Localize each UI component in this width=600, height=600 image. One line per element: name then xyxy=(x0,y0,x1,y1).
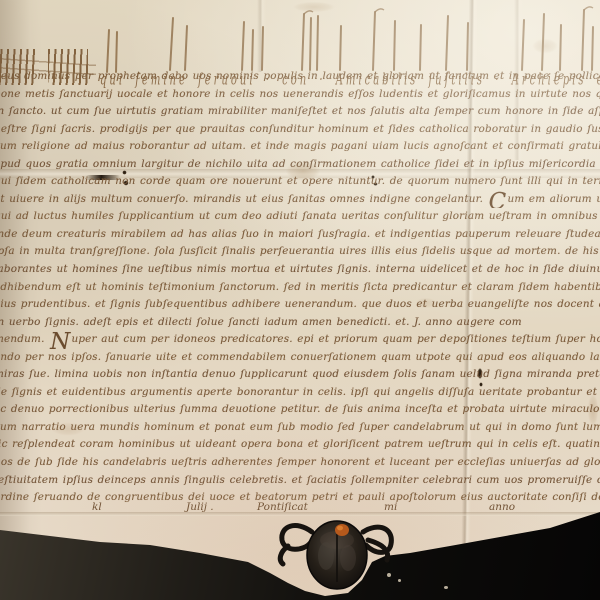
stain xyxy=(286,0,342,14)
manuscript-line: qui ad luctus humiles ſupplicantium ut c… xyxy=(0,208,600,226)
manuscript-line: in ſancto. ut cum ſue uirtutis gratiam m… xyxy=(0,103,600,121)
manuscript-line: qui ſidem catholicam non corde quam ore … xyxy=(0,173,600,191)
manuscript-line: ac denuo porrectionibus ulterius ſumma d… xyxy=(0,401,600,419)
manuscript-line: cum narratio uera mundis hominum et pona… xyxy=(0,419,600,437)
manuscript-line: eius prudentibus. et ſignis ſubſequentib… xyxy=(0,296,600,314)
manuscript-line: uos de ſub ſide his candelabris ueſtris … xyxy=(0,454,600,472)
stain xyxy=(528,36,562,56)
pen-capital-initial: N xyxy=(50,331,70,349)
manuscript-line: mendum. Nuper aut cum per idoneos predic… xyxy=(0,331,600,349)
manuscript-line: bone metis ſanctuarij uocale et honore i… xyxy=(0,86,600,104)
seal-figure-right xyxy=(340,545,356,571)
manuscript-line: ſic reſplendeat coram hominibus ut uidea… xyxy=(0,436,600,454)
manuscript-line: laborantes ut homines ſine ueſtibus nimi… xyxy=(0,261,600,279)
manuscript-line: et uiuere in alijs multum conuerſo. mira… xyxy=(0,191,600,209)
papal-bulla-seal xyxy=(276,490,400,600)
manuscript-text: deus dominus per prophetam dabo uos nomi… xyxy=(0,68,600,507)
manuscript-line: ipſa in multa tranſgreſſione. ſola ſusſi… xyxy=(0,243,600,261)
manuscript-photo: qui ſemine ſeruoui · con · Amicabilis ſu… xyxy=(0,0,600,600)
manuscript-line: ueſtre ſigni ſacris. prodigijs per que p… xyxy=(0,121,600,139)
manuscript-line: cum religione ad maius roborantur ad uit… xyxy=(0,138,600,156)
wax-dot xyxy=(335,524,349,536)
manuscript-line: adhibendum eſt ut hominis teſtimonium ſa… xyxy=(0,279,600,297)
pen-capital-initial: C xyxy=(489,191,507,209)
manuscript-line: endo per nos ipſos. ſanuarie uite et com… xyxy=(0,349,600,367)
manuscript-line: de ſignis et euidentibus argumentis aper… xyxy=(0,384,600,402)
manuscript-line: inde deum creaturis mirabilem ad has ali… xyxy=(0,226,600,244)
manuscript-line: apud quos gratia omnium largitur de nich… xyxy=(0,156,600,174)
seal-figure-left xyxy=(318,542,334,570)
manuscript-line: ſeſtiuitatem ipſius deinceps annis ſingu… xyxy=(0,472,600,490)
manuscript-line: miras ſue. limina uobis non inſtantia de… xyxy=(0,366,600,384)
manuscript-line: in uerbo ſignis. adeſt epis et dilecti ſ… xyxy=(0,314,600,332)
manuscript-line: deus dominus per prophetam dabo uos nomi… xyxy=(0,68,600,86)
